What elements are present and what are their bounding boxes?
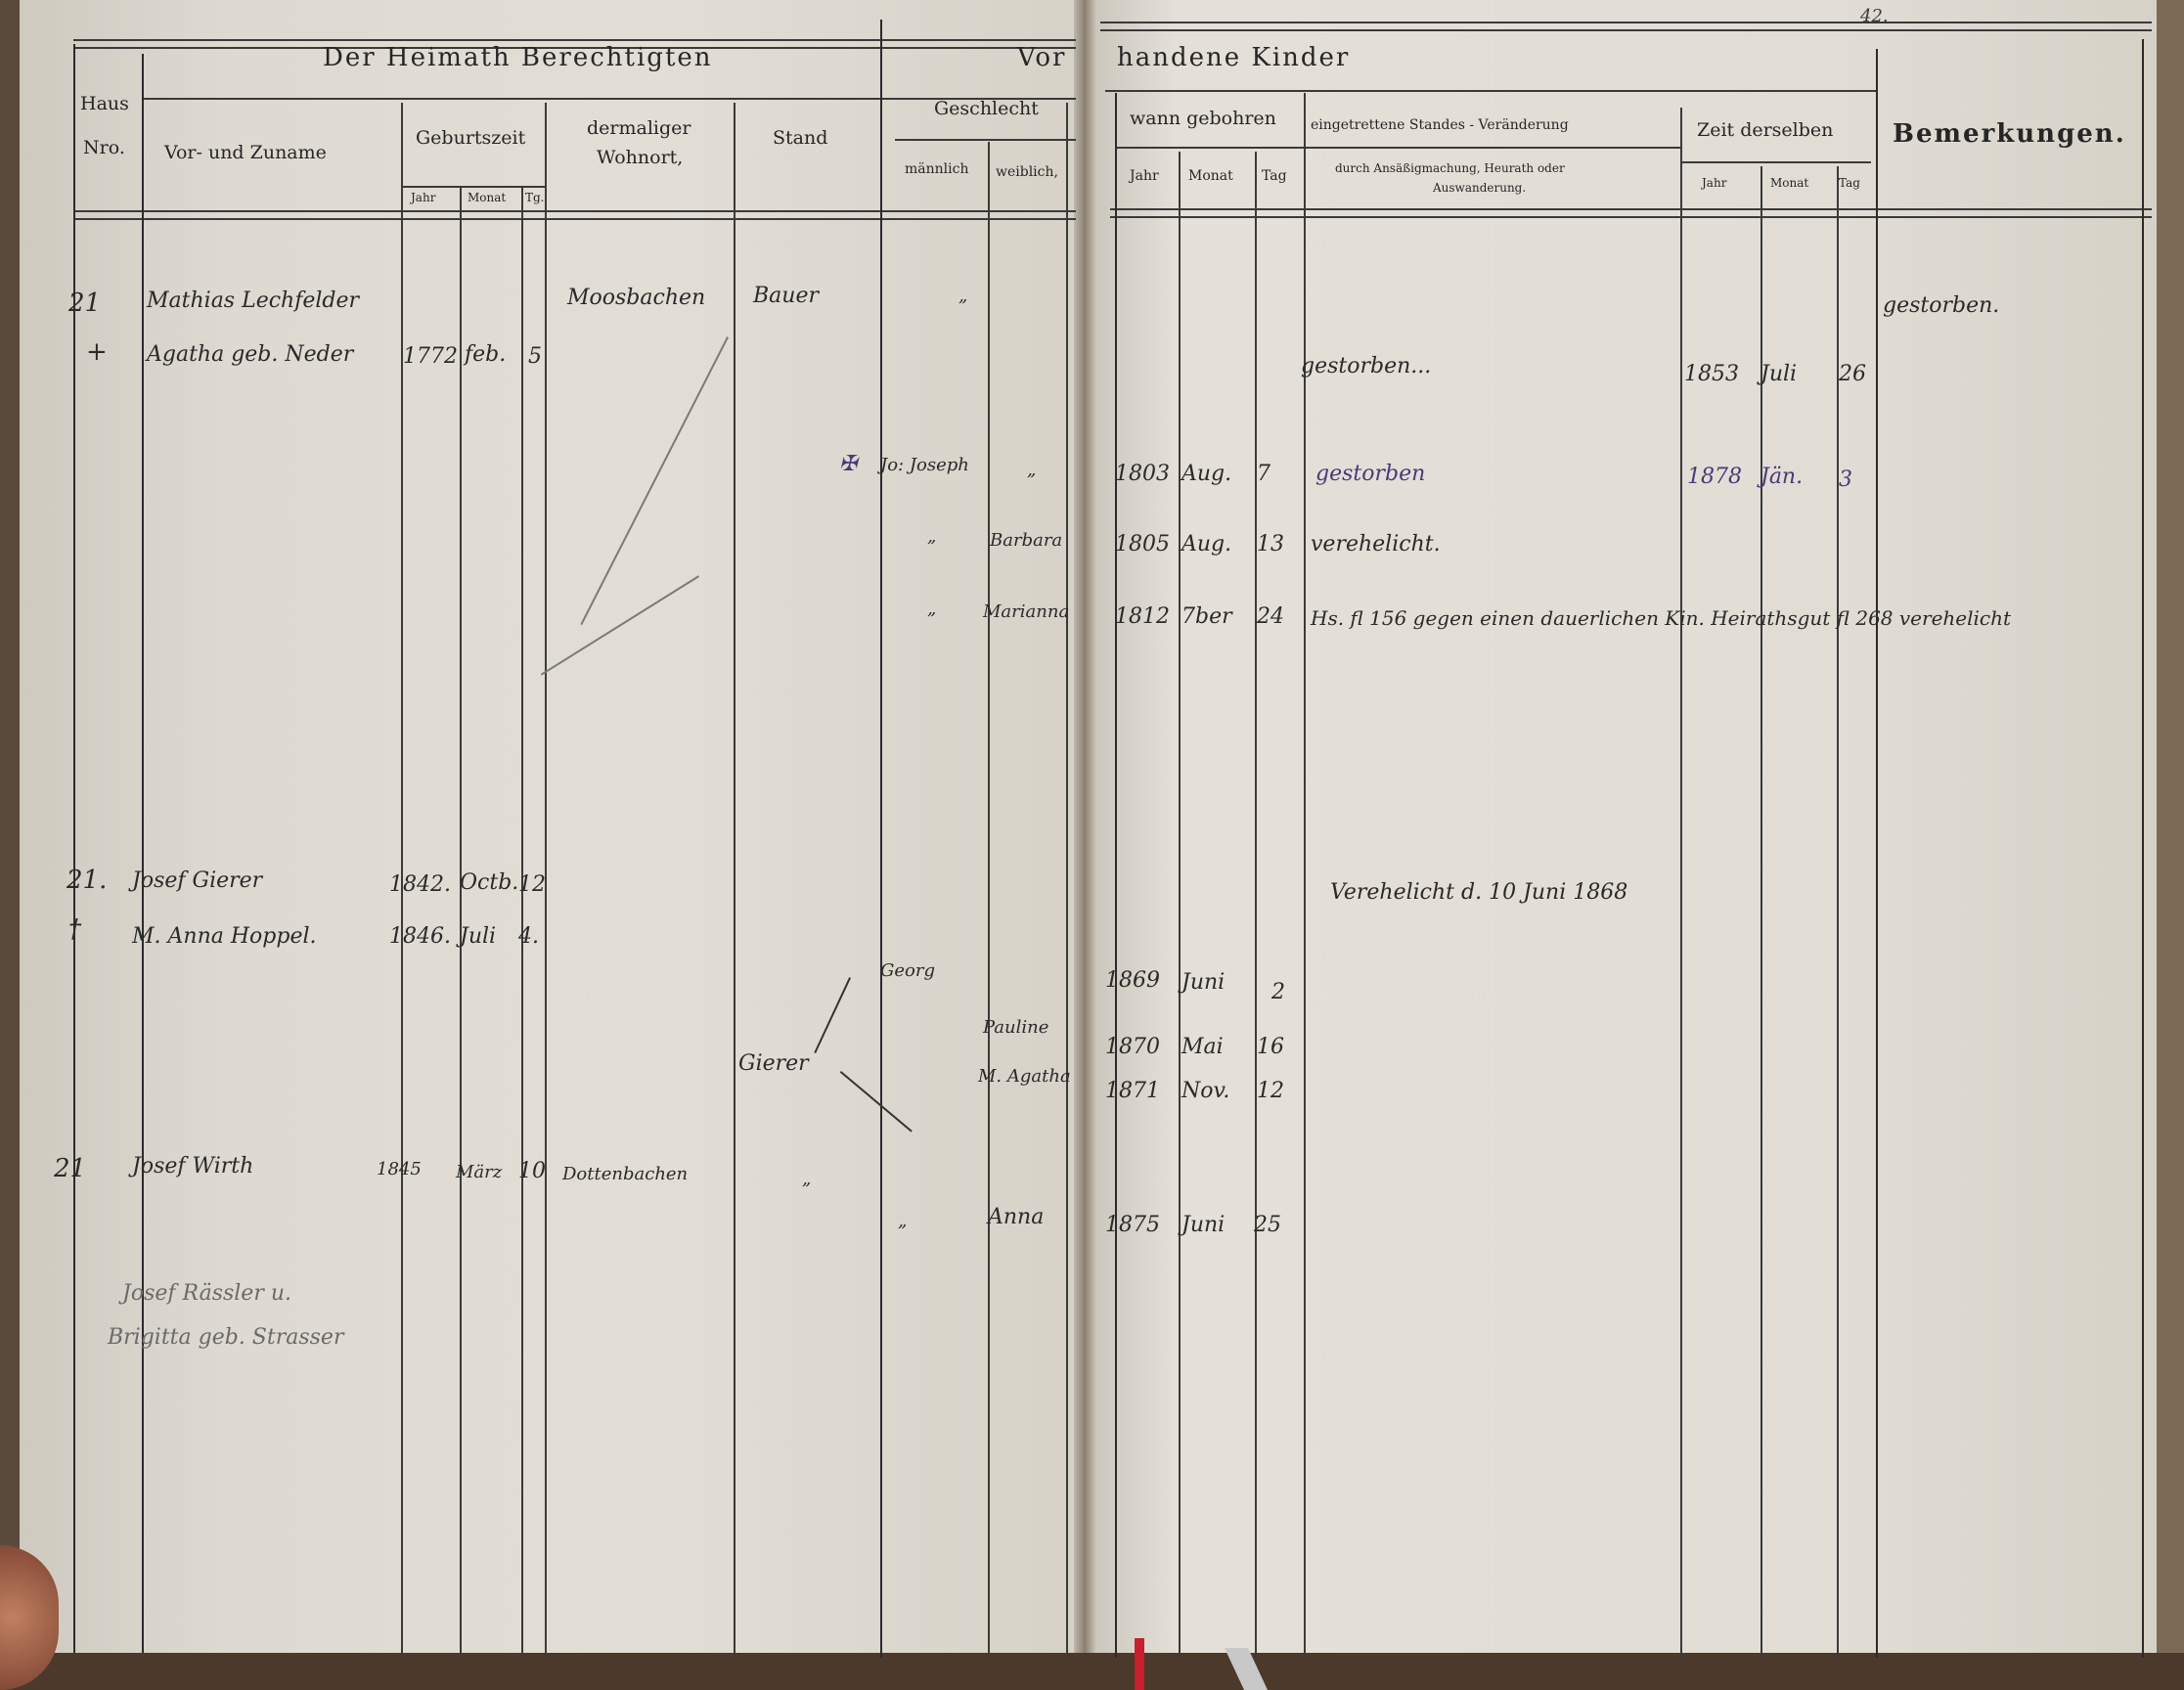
child1-monat: Aug. <box>1181 462 1231 486</box>
entry1-jahr2: 1772 <box>403 344 458 369</box>
header-haus: Haus <box>80 93 129 114</box>
header-geb-monat-kind: Monat <box>1188 168 1233 184</box>
child2-ditto: „ <box>927 526 936 547</box>
header-bottom-rule-left <box>73 210 1076 220</box>
child3-monat: 7ber <box>1181 604 1232 629</box>
col-border <box>73 44 75 1653</box>
child1-zeit-jahr: 1878 <box>1687 465 1742 489</box>
child2-jahr: 1805 <box>1115 532 1170 556</box>
entry1-tag2: 5 <box>528 344 542 369</box>
header-standesveraenderung: eingetrettene Standes - Veränderung <box>1311 117 1569 133</box>
header-weiblich: weiblich, <box>996 164 1058 180</box>
book-bottom-edge <box>0 1653 2184 1690</box>
col-border <box>460 188 462 1655</box>
col-border <box>1680 108 1682 1658</box>
zeit-subrule <box>1680 161 1871 163</box>
child2-name: Barbara <box>990 530 1062 551</box>
child1-veraenderung: gestorben <box>1315 462 1425 486</box>
entry2-name2: M. Anna Hoppel. <box>132 924 317 949</box>
col-border <box>988 142 990 1653</box>
entry3-ditto: „ <box>802 1169 811 1189</box>
entry1-name2: Agatha geb. Neder <box>147 342 353 367</box>
header-wann-gebohren: wann gebohren <box>1130 108 1276 129</box>
header-dermaliger: dermaliger <box>587 117 691 139</box>
entry1-zeit-tag: 26 <box>1839 362 1866 386</box>
header-geb-tag: Tg. <box>525 191 545 204</box>
left-page <box>20 0 1081 1663</box>
entry2-child1-jahr: 1869 <box>1105 968 1160 993</box>
entry2-haus: 21. <box>67 866 107 895</box>
child1-zeit-tag: 3 <box>1839 467 1852 492</box>
entry3-child1-name: Anna <box>988 1205 1044 1229</box>
col-border <box>1304 93 1306 1658</box>
entry1-ditto: „ <box>958 286 967 306</box>
entry3-child1-jahr: 1875 <box>1105 1213 1160 1237</box>
child3-veraenderung: Hs. fl 156 gegen einen dauerlichen Kin. … <box>1311 606 2011 630</box>
header-maennlich: männlich <box>905 161 968 177</box>
entry2-stand: Gierer <box>738 1051 809 1076</box>
entry2-jahr2: 1846. <box>389 924 451 949</box>
book-gutter <box>1074 0 1095 1672</box>
entry2-veraenderung: Verehelicht d. 10 Juni 1868 <box>1330 880 1627 905</box>
col-border <box>880 20 882 1658</box>
header-zeit-derselben: Zeit derselben <box>1697 119 1833 141</box>
entry2-child1-monat: Juni <box>1181 970 1225 995</box>
entry2-child3-monat: Nov. <box>1181 1079 1229 1103</box>
col-border <box>2142 39 2144 1658</box>
child1-jahr: 1803 <box>1115 462 1170 486</box>
entry2-monat1: Octb. <box>460 870 518 895</box>
child1-tag: 7 <box>1257 462 1270 486</box>
gebohren-subrule <box>1115 147 1304 149</box>
right-page <box>1091 0 2162 1663</box>
col-border <box>1837 166 1839 1658</box>
header-veraenderung-sub1: durch Ansäßigmachung, Heurath oder <box>1335 161 1565 175</box>
child1-mark: ✠ <box>839 452 857 476</box>
header-geb-tag-kind: Tag <box>1262 168 1287 184</box>
header-handene-kinder: handene Kinder <box>1117 43 1350 72</box>
child2-veraenderung: verehelicht. <box>1311 532 1441 556</box>
entry2-death-mark: † <box>68 914 81 944</box>
entry3-wohnort: Dottenbachen <box>562 1164 688 1184</box>
header-zeit-tag: Tag <box>1839 176 1860 190</box>
header-geschlecht: Geschlecht <box>934 98 1039 119</box>
child2-tag: 13 <box>1257 532 1284 556</box>
child1-ditto: „ <box>1027 460 1036 480</box>
header-heimath-berechtigten: Der Heimath Berechtigten <box>323 43 713 72</box>
entry1-haus: 21 <box>68 289 101 318</box>
entry2-child2-tag: 16 <box>1257 1035 1284 1059</box>
entry3-tag1: 10 <box>518 1159 546 1183</box>
header-stand: Stand <box>773 127 827 149</box>
child1-name: Jo: Joseph <box>880 455 969 475</box>
col-border <box>1255 152 1257 1658</box>
entry3-child1-monat: Juni <box>1181 1213 1225 1237</box>
entry2-tag2: 4. <box>518 924 539 949</box>
col-border <box>142 54 144 1653</box>
header-zeit-monat: Monat <box>1770 176 1808 190</box>
entry3-monat1: März <box>456 1162 502 1182</box>
header-geb-monat: Monat <box>468 191 506 204</box>
col-border <box>1761 166 1762 1658</box>
top-rule-right <box>1100 22 2152 31</box>
header-wohnort: Wohnort, <box>597 147 683 168</box>
header-vor: Vor <box>1017 43 1066 72</box>
entry2-child2-monat: Mai <box>1181 1035 1224 1059</box>
header-veraenderung-sub2: Auswanderung. <box>1433 181 1526 195</box>
col-border <box>1179 152 1181 1658</box>
entry1-death-mark: + <box>86 337 108 367</box>
geschlecht-subrule <box>895 139 1076 141</box>
entry4-name1: Josef Rässler u. <box>122 1281 291 1306</box>
header-zeit-jahr: Jahr <box>1702 176 1726 190</box>
entry1-zeit-monat: Juli <box>1761 362 1797 386</box>
col-border <box>521 188 523 1655</box>
entry3-name1: Josef Wirth <box>132 1154 253 1179</box>
bookmark-ribbon-red <box>1135 1638 1144 1690</box>
entry4-name2: Brigitta geb. Strasser <box>108 1325 343 1350</box>
header-geb-jahr-kind: Jahr <box>1130 168 1159 184</box>
header-geburtszeit: Geburtszeit <box>416 127 525 149</box>
header-geb-jahr: Jahr <box>411 191 435 204</box>
entry2-child1-name: Georg <box>880 960 935 981</box>
entry2-child1-tag: 2 <box>1271 980 1285 1004</box>
entry1-zeit-jahr: 1853 <box>1684 362 1739 386</box>
child1-zeit-monat: Jän. <box>1761 465 1803 489</box>
entry3-haus: 21 <box>54 1154 86 1183</box>
entry3-child1-ditto: „ <box>898 1211 907 1231</box>
entry1-wohnort: Moosbachen <box>567 286 705 310</box>
entry1-name1: Mathias Lechfelder <box>147 289 359 313</box>
group-rule-right <box>1105 90 1878 92</box>
col-border <box>734 103 735 1658</box>
child2-monat: Aug. <box>1181 532 1231 556</box>
entry2-child2-jahr: 1870 <box>1105 1035 1160 1059</box>
child3-ditto: „ <box>927 599 936 619</box>
entry1-veraenderung: gestorben... <box>1301 354 1431 378</box>
header-bemerkungen: Bemerkungen. <box>1893 119 2126 149</box>
header-nro: Nro. <box>83 137 125 158</box>
entry2-child3-name: M. Agatha <box>978 1066 1071 1087</box>
book-cover-edge <box>2157 0 2184 1690</box>
child3-jahr: 1812 <box>1115 604 1170 629</box>
entry1-stand: Bauer <box>753 284 819 308</box>
geburtszeit-subrule <box>401 186 545 188</box>
entry2-child3-jahr: 1871 <box>1105 1079 1160 1103</box>
entry2-name1: Josef Gierer <box>132 868 262 893</box>
entry2-child3-tag: 12 <box>1257 1079 1284 1103</box>
entry3-jahr1: 1845 <box>377 1159 422 1179</box>
entry3-child1-tag: 25 <box>1254 1213 1281 1237</box>
entry2-tag1: 12 <box>518 872 546 897</box>
child3-name: Marianna <box>983 601 1069 622</box>
entry1-bemerkung: gestorben. <box>1883 293 1999 318</box>
veraenderung-subrule <box>1304 147 1680 149</box>
entry2-child2-name: Pauline <box>983 1017 1048 1038</box>
col-border <box>1115 93 1117 1658</box>
entry2-monat2: Juli <box>460 924 496 949</box>
header-bottom-rule-right <box>1110 208 2152 218</box>
col-border <box>1066 103 1068 1653</box>
child3-tag: 24 <box>1257 604 1284 629</box>
entry2-jahr1: 1842. <box>389 872 451 897</box>
header-name: Vor- und Zuname <box>164 142 327 163</box>
entry1-monat2: feb. <box>465 342 506 367</box>
col-border <box>1876 49 1878 1658</box>
